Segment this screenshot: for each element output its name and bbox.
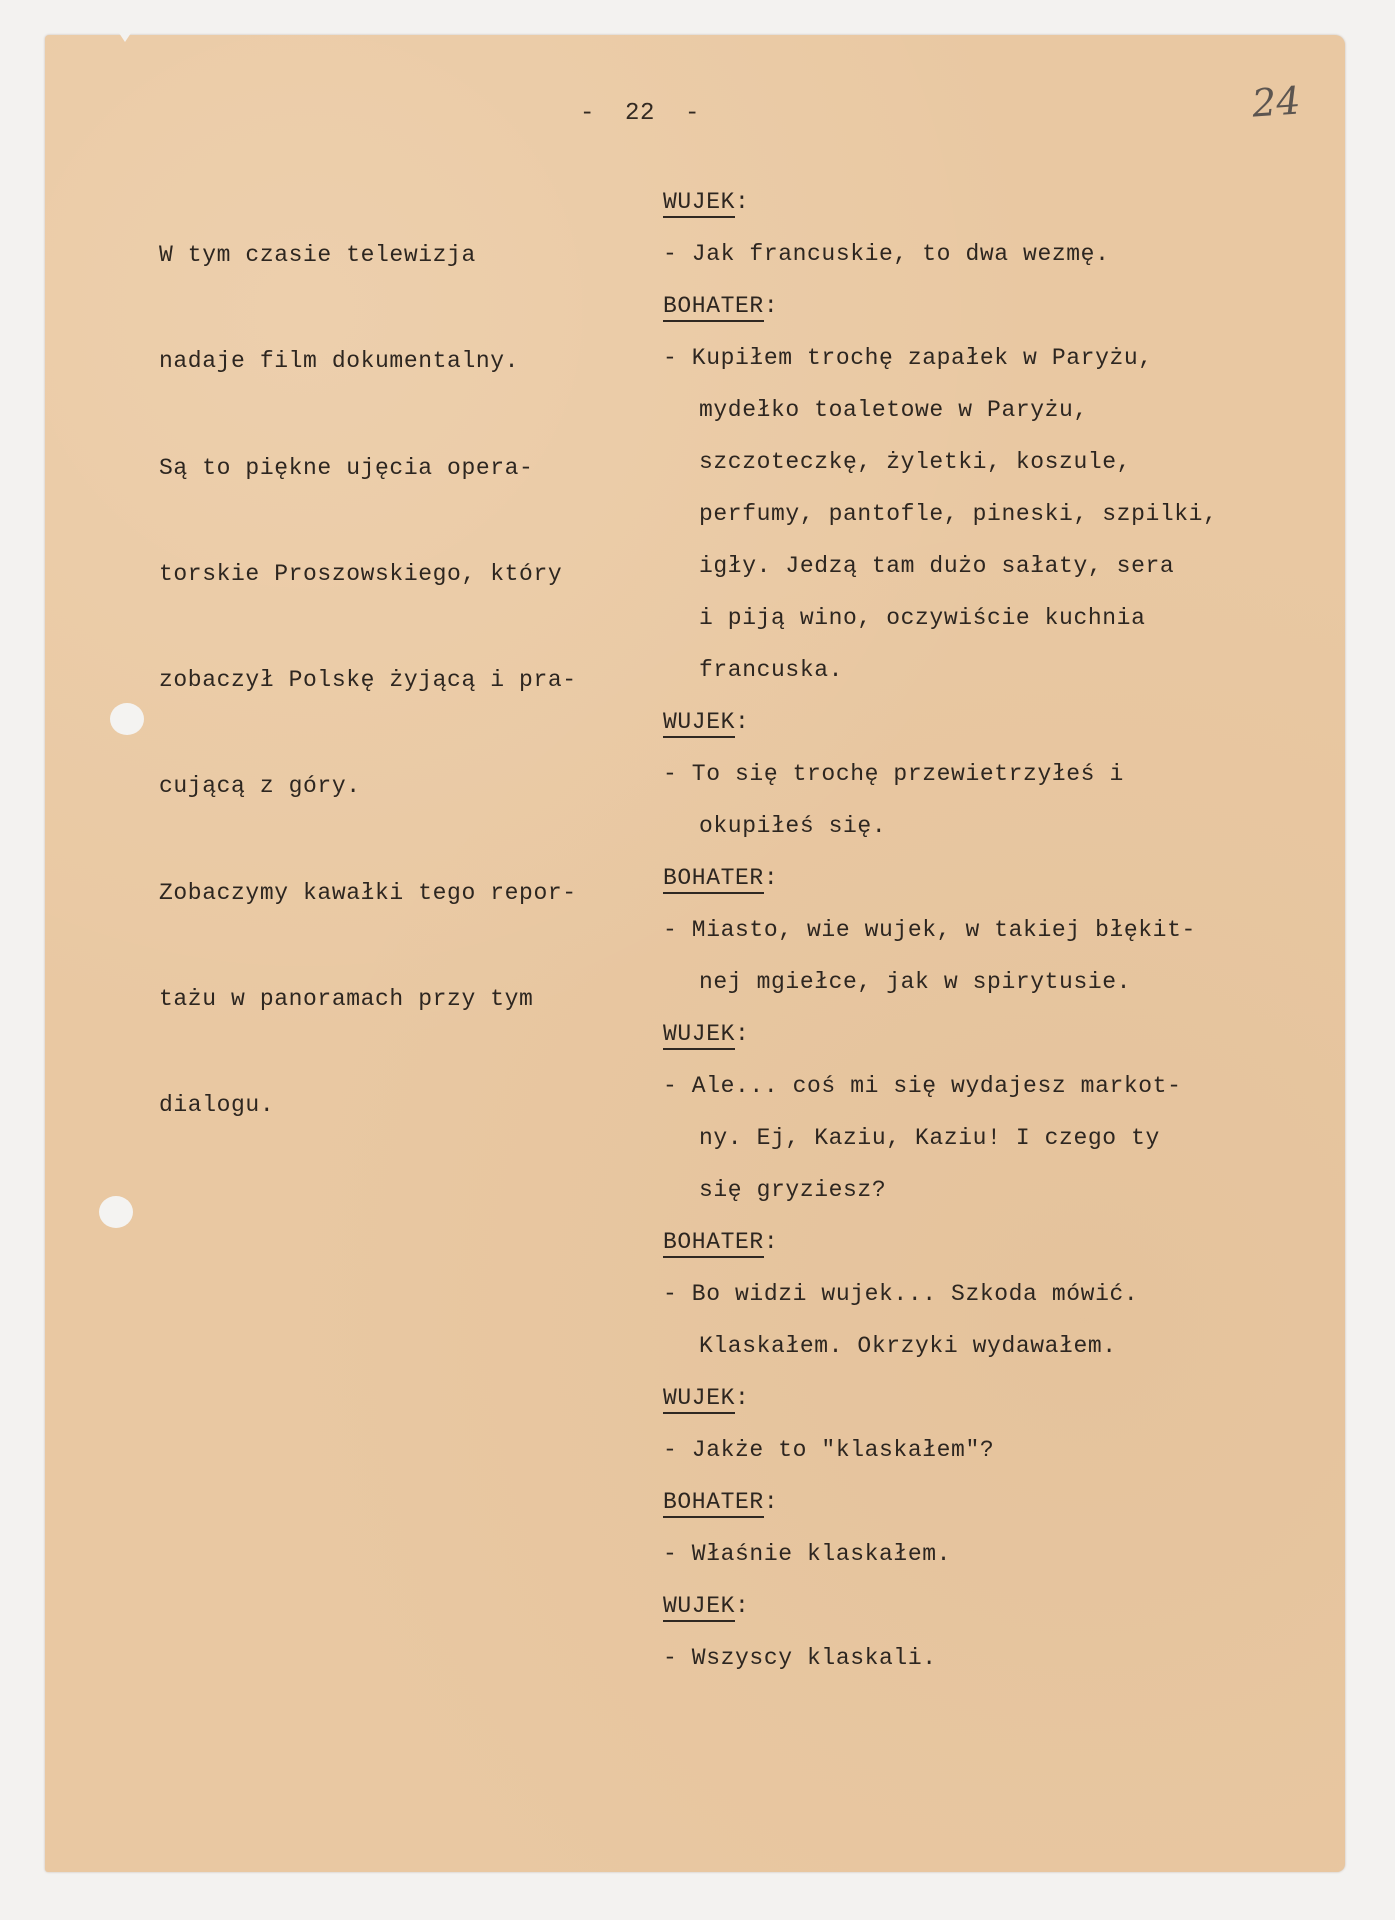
stage-direction-line: tażu w panoramach przy tym [159,972,577,1026]
dialogue-line: - Jakże to "klaskałem"? [663,1424,1303,1476]
dialogue-line: perfumy, pantofle, pineski, szpilki, [663,488,1303,540]
speaker-line: BOHATER: [663,1476,1303,1528]
speaker-name: BOHATER [663,865,764,894]
speaker-colon: : [764,293,778,319]
stage-direction: W tym czasie telewizja nadaje film dokum… [159,176,577,1159]
speaker-name: WUJEK [663,1593,735,1622]
speaker-name: WUJEK [663,1385,735,1414]
stage-direction-line: torskie Proszowskiego, który [159,547,577,601]
stage-direction-line: W tym czasie telewizja [159,228,577,282]
stage-direction-line: Są to piękne ujęcia opera- [159,441,577,495]
dialogue-line: - Bo widzi wujek... Szkoda mówić. [663,1268,1303,1320]
dialogue-column: WUJEK:- Jak francuskie, to dwa wezmę.BOH… [663,176,1303,1684]
speaker-colon: : [735,709,749,735]
speaker-line: BOHATER: [663,852,1303,904]
speaker-line: WUJEK: [663,696,1303,748]
dialogue-line: - Miasto, wie wujek, w takiej błękit- [663,904,1303,956]
stage-direction-line: cującą z góry. [159,759,577,813]
speaker-name: BOHATER [663,1489,764,1518]
dialogue-line: okupiłeś się. [663,800,1303,852]
dialogue-line: igły. Jedzą tam dużo sałaty, sera [663,540,1303,592]
speaker-line: BOHATER: [663,1216,1303,1268]
stage-direction-line: Zobaczymy kawałki tego repor- [159,866,577,920]
stage-direction-line: nadaje film dokumentalny. [159,334,577,388]
page-number: - 22 - [540,100,740,127]
speaker-name: WUJEK [663,1021,735,1050]
speaker-colon: : [764,1489,778,1515]
punch-hole [110,703,144,735]
dialogue-line: - Wszyscy klaskali. [663,1632,1303,1684]
dialogue-line: i piją wino, oczywiście kuchnia [663,592,1303,644]
speaker-name: WUJEK [663,709,735,738]
paper-notch [119,33,131,42]
dialogue-line: - Właśnie klaskałem. [663,1528,1303,1580]
speaker-colon: : [735,1593,749,1619]
speaker-colon: : [735,1021,749,1047]
dialogue-line: - Jak francuskie, to dwa wezmę. [663,228,1303,280]
speaker-line: WUJEK: [663,1372,1303,1424]
stage-direction-line: dialogu. [159,1078,577,1132]
dialogue-line: ny. Ej, Kaziu, Kaziu! I czego ty [663,1112,1303,1164]
stage-direction-line: zobaczył Polskę żyjącą i pra- [159,653,577,707]
speaker-line: WUJEK: [663,1580,1303,1632]
speaker-name: BOHATER [663,293,764,322]
speaker-line: BOHATER: [663,280,1303,332]
speaker-colon: : [764,1229,778,1255]
handwritten-page-number: 24 [1251,78,1302,125]
speaker-line: WUJEK: [663,1008,1303,1060]
punch-hole [99,1196,133,1228]
speaker-colon: : [735,1385,749,1411]
speaker-line: WUJEK: [663,176,1303,228]
dialogue-line: się gryziesz? [663,1164,1303,1216]
dialogue-line: - To się trochę przewietrzyłeś i [663,748,1303,800]
dialogue-line: mydełko toaletowe w Paryżu, [663,384,1303,436]
speaker-colon: : [735,189,749,215]
dialogue-line: francuska. [663,644,1303,696]
speaker-name: BOHATER [663,1229,764,1258]
speaker-colon: : [764,865,778,891]
dialogue-line: - Ale... coś mi się wydajesz markot- [663,1060,1303,1112]
dialogue-line: nej mgiełce, jak w spirytusie. [663,956,1303,1008]
dialogue-line: - Kupiłem trochę zapałek w Paryżu, [663,332,1303,384]
speaker-name: WUJEK [663,189,735,218]
dialogue-line: szczoteczkę, żyletki, koszule, [663,436,1303,488]
dialogue-line: Klaskałem. Okrzyki wydawałem. [663,1320,1303,1372]
